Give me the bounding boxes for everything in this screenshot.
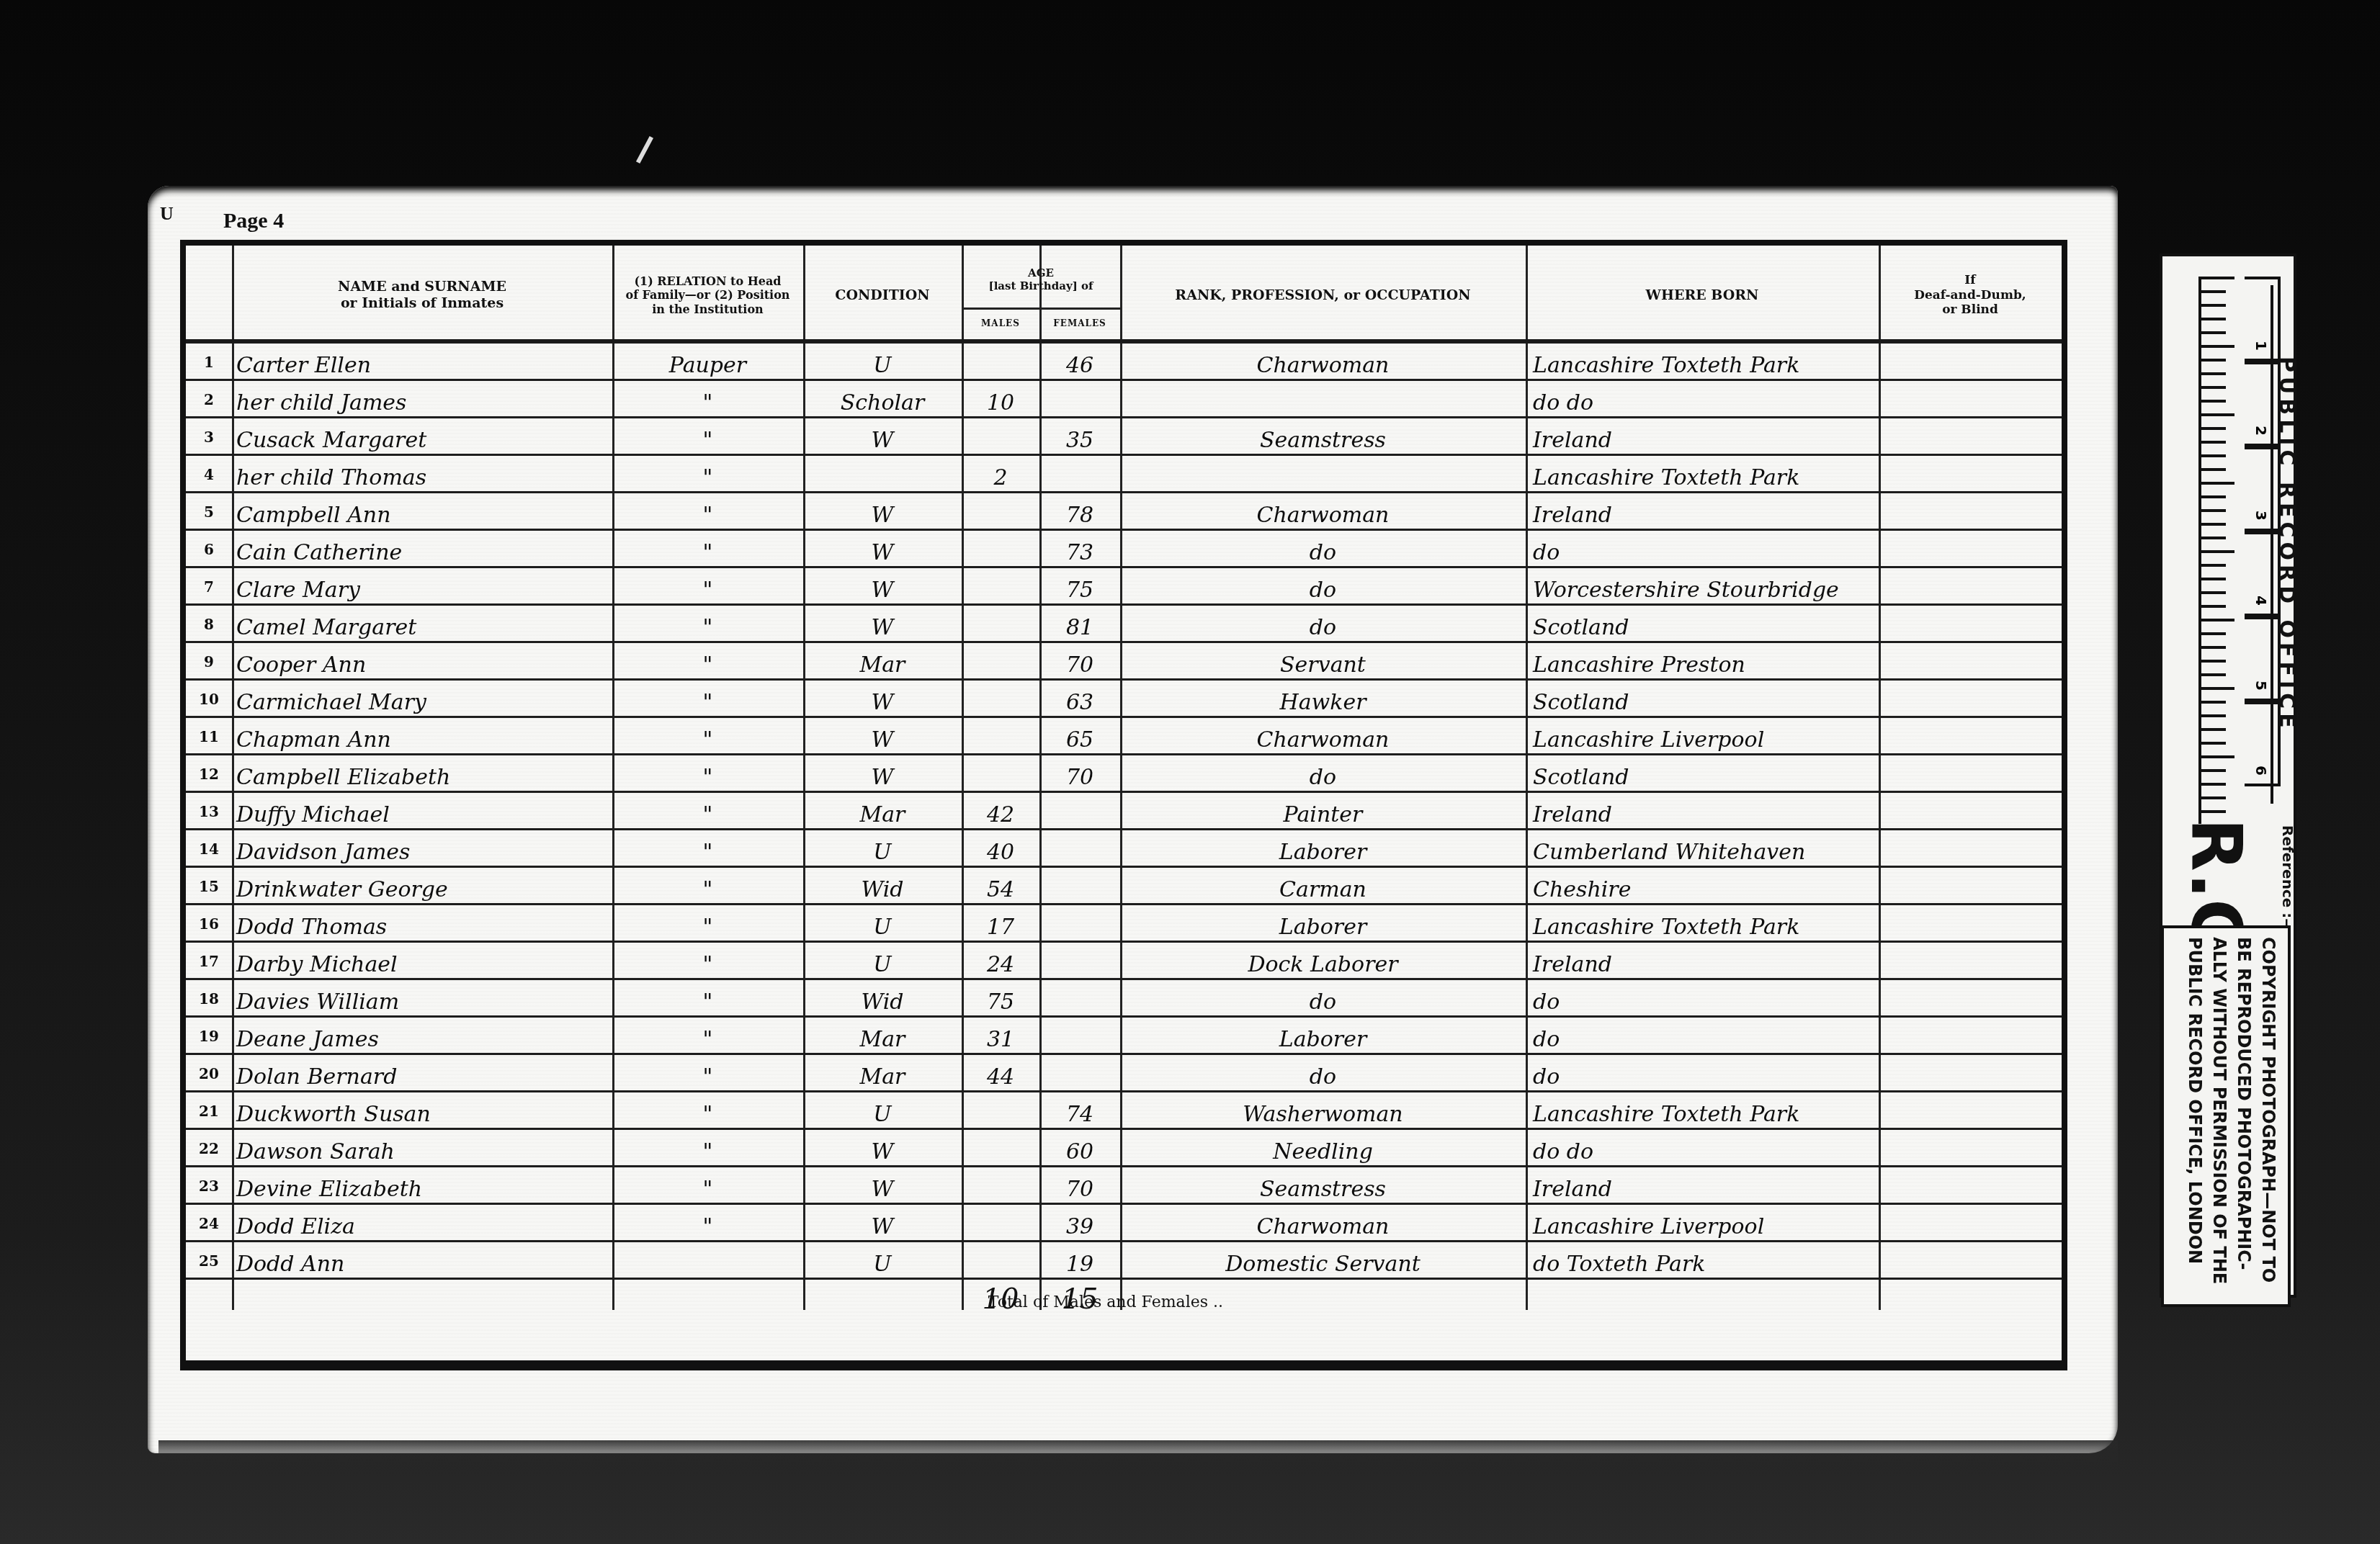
relation-cell: " [612, 1205, 803, 1242]
female-age-cell: 63 [1039, 681, 1120, 718]
female-age-cell: 70 [1039, 1167, 1120, 1205]
birthplace-cell: Lancashire Preston [1526, 643, 1879, 681]
table-row: 3Cusack Margaret"W35SeamstressIreland [186, 418, 2062, 456]
condition-cell: Scholar [803, 381, 962, 418]
row-number: 23 [186, 1167, 232, 1205]
occupation-cell: Laborer [1120, 1018, 1526, 1055]
birthplace-cell: do Toxteth Park [1526, 1242, 1879, 1280]
female-age-cell [1039, 1018, 1120, 1055]
ruler-tick [2201, 550, 2234, 553]
table-row: 21Duckworth Susan"U74WasherwomanLancashi… [186, 1092, 2062, 1130]
relation-cell: " [612, 418, 803, 456]
ruler-tick [2201, 728, 2226, 731]
relation-cell: " [612, 830, 803, 868]
birthplace-cell: Cheshire [1526, 868, 1879, 905]
ruler-tick [2201, 742, 2226, 745]
inmate-name: Dodd Thomas [236, 905, 611, 943]
deaf-blind-cell [1879, 1205, 2062, 1242]
relation-cell: " [612, 1018, 803, 1055]
row-number: 24 [186, 1205, 232, 1242]
ruler-tick [2201, 318, 2226, 320]
table-row: 9Cooper Ann"Mar70ServantLancashire Prest… [186, 643, 2062, 681]
female-age-cell [1039, 793, 1120, 830]
relation-cell: " [612, 793, 803, 830]
table-row: 4her child Thomas"2Lancashire Toxteth Pa… [186, 456, 2062, 493]
deaf-blind-cell [1879, 1092, 2062, 1130]
totals-females: 15 [1039, 1283, 1120, 1316]
header-deaf-line3: or Blind [1942, 302, 1998, 317]
table-row: 15Drinkwater George"Wid54CarmanCheshire [186, 868, 2062, 905]
table-row: 17Darby Michael"U24Dock LaborerIreland [186, 943, 2062, 980]
row-number: 6 [186, 531, 232, 568]
table-row: 12Campbell Elizabeth"W70doScotland [186, 755, 2062, 793]
ruler-tick [2201, 331, 2226, 334]
occupation-cell: Laborer [1120, 830, 1526, 868]
ruler-tick [2201, 345, 2234, 348]
occupation-cell: Seamstress [1120, 418, 1526, 456]
ruler-tick [2201, 413, 2234, 416]
relation-cell: " [612, 755, 803, 793]
female-age-cell: 35 [1039, 418, 1120, 456]
male-age-cell: 24 [962, 943, 1039, 980]
birthplace-cell: Lancashire Toxteth Park [1526, 1092, 1879, 1130]
ruler-tick [2201, 537, 2226, 539]
birthplace-cell: do [1526, 980, 1879, 1018]
birthplace-cell: Scotland [1526, 681, 1879, 718]
occupation-cell: Washerwoman [1120, 1092, 1526, 1130]
inmate-name: Carmichael Mary [236, 681, 611, 718]
relation-cell: " [612, 531, 803, 568]
male-age-cell [962, 568, 1039, 606]
public-record-office-title: PUBLIC RECORD OFFICE [2271, 285, 2299, 804]
ruler-tick [2201, 687, 2234, 690]
totals-males: 10 [962, 1283, 1039, 1316]
table-row: 5Campbell Ann"W78CharwomanIreland [186, 493, 2062, 531]
deaf-blind-cell [1879, 344, 2062, 381]
relation-cell: " [612, 456, 803, 493]
deaf-blind-cell [1879, 905, 2062, 943]
birthplace-cell: do do [1526, 381, 1879, 418]
inmate-name: her child Thomas [236, 456, 611, 493]
deaf-blind-cell [1879, 1018, 2062, 1055]
ruler-tick [2201, 810, 2226, 813]
female-age-cell: 81 [1039, 606, 1120, 643]
condition-cell: W [803, 493, 962, 531]
female-age-cell: 39 [1039, 1205, 1120, 1242]
relation-cell: " [612, 905, 803, 943]
inmate-name: Dolan Bernard [236, 1055, 611, 1092]
ruler-tick [2201, 714, 2226, 717]
header-name-line2: or Initials of Inmates [341, 295, 504, 312]
deaf-blind-cell [1879, 381, 2062, 418]
deaf-blind-cell [1879, 1242, 2062, 1280]
deaf-blind-cell [1879, 1055, 2062, 1092]
condition-cell: Mar [803, 1018, 962, 1055]
birthplace-cell: Lancashire Toxteth Park [1526, 456, 1879, 493]
ruler-tick [2201, 564, 2226, 567]
occupation-cell: Needling [1120, 1130, 1526, 1167]
ruler-tick [2201, 632, 2226, 635]
header-condition: CONDITION [803, 253, 962, 338]
condition-cell [803, 456, 962, 493]
condition-cell: Mar [803, 1055, 962, 1092]
female-age-cell [1039, 980, 1120, 1018]
deaf-blind-cell [1879, 755, 2062, 793]
header-relation-line3: in the Institution [652, 302, 763, 316]
deaf-blind-cell [1879, 943, 2062, 980]
birthplace-cell: Lancashire Toxteth Park [1526, 905, 1879, 943]
header-occupation-text: RANK, PROFESSION, or OCCUPATION [1175, 287, 1470, 304]
ruler-tick [2201, 769, 2226, 772]
ruler-tick [2201, 783, 2226, 786]
ruler-tick [2201, 619, 2234, 621]
occupation-cell: Domestic Servant [1120, 1242, 1526, 1280]
female-age-cell: 74 [1039, 1092, 1120, 1130]
birthplace-cell: Lancashire Liverpool [1526, 1205, 1879, 1242]
row-number: 7 [186, 568, 232, 606]
header-age-line1: AGE [1028, 266, 1054, 279]
inmate-name: Darby Michael [236, 943, 611, 980]
birthplace-cell: Ireland [1526, 1167, 1879, 1205]
condition-cell: U [803, 905, 962, 943]
relation-cell: " [612, 381, 803, 418]
header-where-born-text: WHERE BORN [1646, 287, 1759, 304]
relation-cell: " [612, 868, 803, 905]
inmate-name: Cain Catherine [236, 531, 611, 568]
ruler-tick [2201, 304, 2226, 307]
female-age-cell [1039, 456, 1120, 493]
ruler-tick [2201, 591, 2226, 594]
occupation-cell: Carman [1120, 868, 1526, 905]
female-age-cell: 78 [1039, 493, 1120, 531]
relation-cell: " [612, 980, 803, 1018]
relation-cell: " [612, 943, 803, 980]
male-age-cell [962, 643, 1039, 681]
table-row: 19Deane James"Mar31Laborerdo [186, 1018, 2062, 1055]
occupation-cell: Dock Laborer [1120, 943, 1526, 980]
table-row: 6Cain Catherine"W73dodo [186, 531, 2062, 568]
inmate-name: her child James [236, 381, 611, 418]
ruler-mark-label: 3 [2252, 511, 2270, 521]
census-table: NAME and SURNAME or Initials of Inmates … [180, 240, 2067, 1370]
ruler-tick [2201, 468, 2226, 471]
ruler-tick [2201, 605, 2226, 608]
male-age-cell [962, 1205, 1039, 1242]
row-number: 1 [186, 344, 232, 381]
female-age-cell [1039, 943, 1120, 980]
male-age-cell [962, 344, 1039, 381]
ruler-tick [2201, 441, 2226, 444]
male-age-cell: 75 [962, 980, 1039, 1018]
male-age-cell: 31 [962, 1018, 1039, 1055]
ruler-tick [2201, 290, 2226, 293]
deaf-blind-cell [1879, 1167, 2062, 1205]
birthplace-cell: Ireland [1526, 793, 1879, 830]
occupation-cell [1120, 456, 1526, 493]
header-age-males: MALES [962, 309, 1039, 338]
row-number: 25 [186, 1242, 232, 1280]
condition-cell: W [803, 606, 962, 643]
header-condition-text: CONDITION [835, 287, 929, 304]
deaf-blind-cell [1879, 830, 2062, 868]
deaf-blind-cell [1879, 418, 2062, 456]
relation-cell: " [612, 1167, 803, 1205]
female-age-cell [1039, 905, 1120, 943]
condition-cell: U [803, 830, 962, 868]
male-age-cell [962, 718, 1039, 755]
row-number: 11 [186, 718, 232, 755]
female-age-cell: 70 [1039, 643, 1120, 681]
row-number: 20 [186, 1055, 232, 1092]
condition-cell: Mar [803, 793, 962, 830]
birthplace-cell: Scotland [1526, 755, 1879, 793]
male-age-cell [962, 418, 1039, 456]
inmate-name: Chapman Ann [236, 718, 611, 755]
male-age-cell [962, 606, 1039, 643]
occupation-cell [1120, 381, 1526, 418]
birthplace-cell: do [1526, 1018, 1879, 1055]
male-age-cell [962, 1167, 1039, 1205]
row-number: 12 [186, 755, 232, 793]
male-age-cell [962, 493, 1039, 531]
relation-cell: " [612, 493, 803, 531]
condition-cell: W [803, 681, 962, 718]
ruler-tick [2201, 578, 2226, 580]
table-row: 11Chapman Ann"W65CharwomanLancashire Liv… [186, 718, 2062, 755]
ruler-tick [2201, 673, 2226, 676]
row-number: 22 [186, 1130, 232, 1167]
table-row: 22Dawson Sarah"W60Needlingdo do [186, 1130, 2062, 1167]
condition-cell: Wid [803, 868, 962, 905]
female-age-cell [1039, 381, 1120, 418]
table-row: 1Carter EllenPauperU46CharwomanLancashir… [186, 344, 2062, 381]
ruler-tick [2201, 386, 2226, 389]
table-row: 13Duffy Michael"Mar42PainterIreland [186, 793, 2062, 830]
occupation-cell: Seamstress [1120, 1167, 1526, 1205]
occupation-cell: do [1120, 606, 1526, 643]
copyright-text: COPYRIGHT PHOTOGRAPH—NOT TO BE REPRODUCE… [2173, 937, 2281, 1297]
header-occupation: RANK, PROFESSION, or OCCUPATION [1120, 253, 1526, 338]
ruler-tick [2201, 495, 2226, 498]
deaf-blind-cell [1879, 568, 2062, 606]
birthplace-cell: Lancashire Toxteth Park [1526, 344, 1879, 381]
inmate-name: Carter Ellen [236, 344, 611, 381]
inmate-name: Devine Elizabeth [236, 1167, 611, 1205]
ruler-tick [2201, 372, 2226, 375]
condition-cell: W [803, 718, 962, 755]
male-age-cell [962, 681, 1039, 718]
inmate-name: Cusack Margaret [236, 418, 611, 456]
table-row: 25Dodd AnnU19Domestic Servantdo Toxteth … [186, 1242, 2062, 1280]
deaf-blind-cell [1879, 793, 2062, 830]
occupation-cell: do [1120, 980, 1526, 1018]
ruler-mark-label: 5 [2252, 681, 2270, 691]
header-relation: (1) RELATION to Head of Family—or (2) Po… [612, 253, 803, 338]
birthplace-cell: Ireland [1526, 493, 1879, 531]
relation-cell: " [612, 606, 803, 643]
female-age-cell [1039, 868, 1120, 905]
deaf-blind-cell [1879, 1130, 2062, 1167]
header-age: AGE [last Birthday] of [962, 253, 1120, 306]
reference-label: Reference :— [2271, 825, 2296, 933]
male-age-cell [962, 755, 1039, 793]
birthplace-cell: do do [1526, 1130, 1879, 1167]
ruler-tick [2201, 755, 2234, 758]
female-age-cell: 75 [1039, 568, 1120, 606]
occupation-cell: do [1120, 1055, 1526, 1092]
deaf-blind-cell [1879, 681, 2062, 718]
table-row: 24Dodd Eliza"W39CharwomanLancashire Live… [186, 1205, 2062, 1242]
female-age-cell: 19 [1039, 1242, 1120, 1280]
row-number: 4 [186, 456, 232, 493]
row-number: 2 [186, 381, 232, 418]
page-shadow [158, 1440, 2118, 1469]
relation-cell: " [612, 681, 803, 718]
ruler-tick [2201, 509, 2226, 512]
ruler-tick [2201, 660, 2226, 663]
ruler-mark-label: 6 [2252, 766, 2270, 776]
ruler-tick [2201, 796, 2226, 799]
header-deaf-line2: Deaf-and-Dumb, [1914, 288, 2026, 302]
inmate-name: Duffy Michael [236, 793, 611, 830]
female-age-cell: 73 [1039, 531, 1120, 568]
condition-cell: U [803, 943, 962, 980]
birthplace-cell: do [1526, 531, 1879, 568]
inmate-name: Campbell Elizabeth [236, 755, 611, 793]
header-age-line2: [last Birthday] of [989, 279, 1093, 292]
table-row: 7Clare Mary"W75doWorcestershire Stourbri… [186, 568, 2062, 606]
female-age-cell: 65 [1039, 718, 1120, 755]
copyright-notice: COPYRIGHT PHOTOGRAPH—NOT TO BE REPRODUCE… [2161, 925, 2291, 1307]
inmate-name: Campbell Ann [236, 493, 611, 531]
birthplace-cell: Worcestershire Stourbridge [1526, 568, 1879, 606]
ruler-mark-label: 2 [2252, 426, 2270, 436]
birthplace-cell: Scotland [1526, 606, 1879, 643]
relation-cell [612, 1242, 803, 1280]
row-number: 9 [186, 643, 232, 681]
table-row: 16Dodd Thomas"U17LaborerLancashire Toxte… [186, 905, 2062, 943]
inmate-name: Duckworth Susan [236, 1092, 611, 1130]
female-age-cell [1039, 1055, 1120, 1092]
deaf-blind-cell [1879, 456, 2062, 493]
table-row: 2her child James"Scholar10do do [186, 381, 2062, 418]
row-number: 18 [186, 980, 232, 1018]
header-name-line1: NAME and SURNAME [338, 279, 506, 295]
condition-cell: Mar [803, 643, 962, 681]
male-age-cell [962, 1130, 1039, 1167]
condition-cell: Wid [803, 980, 962, 1018]
row-number: 17 [186, 943, 232, 980]
relation-cell: " [612, 1055, 803, 1092]
male-age-cell: 40 [962, 830, 1039, 868]
row-number: 13 [186, 793, 232, 830]
ruler-tick [2201, 427, 2226, 430]
ruler-tick [2201, 400, 2226, 403]
table-row: 18Davies William"Wid75dodo [186, 980, 2062, 1018]
row-number: 3 [186, 418, 232, 456]
corner-mark: U [160, 203, 174, 225]
ruler-tick [2201, 646, 2226, 649]
deaf-blind-cell [1879, 718, 2062, 755]
table-row: 20Dolan Bernard"Mar44dodo [186, 1055, 2062, 1092]
inmate-name: Davidson James [236, 830, 611, 868]
occupation-cell: Servant [1120, 643, 1526, 681]
ruler-tick [2201, 277, 2234, 279]
deaf-blind-cell [1879, 531, 2062, 568]
female-age-cell [1039, 830, 1120, 868]
inmate-name: Davies William [236, 980, 611, 1018]
occupation-cell: do [1120, 531, 1526, 568]
ruler-tick [2201, 454, 2226, 457]
male-age-cell [962, 1092, 1039, 1130]
male-age-cell: 10 [962, 381, 1039, 418]
deaf-blind-cell [1879, 606, 2062, 643]
header-deaf-blind: If Deaf-and-Dumb, or Blind [1879, 253, 2062, 338]
table-row: 23Devine Elizabeth"W70SeamstressIreland [186, 1167, 2062, 1205]
birthplace-cell: do [1526, 1055, 1879, 1092]
row-number: 15 [186, 868, 232, 905]
birthplace-cell: Ireland [1526, 418, 1879, 456]
row-number: 16 [186, 905, 232, 943]
condition-cell: W [803, 531, 962, 568]
inmate-name: Dodd Eliza [236, 1205, 611, 1242]
inmate-name: Deane James [236, 1018, 611, 1055]
table-row: 8Camel Margaret"W81doScotland [186, 606, 2062, 643]
birthplace-cell: Ireland [1526, 943, 1879, 980]
inmate-name: Dawson Sarah [236, 1130, 611, 1167]
inmate-name: Cooper Ann [236, 643, 611, 681]
deaf-blind-cell [1879, 980, 2062, 1018]
relation-cell: " [612, 1092, 803, 1130]
inmate-name: Drinkwater George [236, 868, 611, 905]
ruler-tick [2201, 523, 2226, 526]
header-where-born: WHERE BORN [1526, 253, 1879, 338]
occupation-cell: Charwoman [1120, 344, 1526, 381]
ruler-mark-label: 1 [2252, 341, 2270, 351]
page-number: Page 4 [223, 209, 284, 233]
occupation-cell: do [1120, 755, 1526, 793]
relation-cell: Pauper [612, 344, 803, 381]
row-number: 19 [186, 1018, 232, 1055]
ruler-tick [2201, 482, 2234, 485]
header-relation-line1: (1) RELATION to Head [634, 274, 781, 288]
condition-cell: W [803, 1167, 962, 1205]
row-number: 10 [186, 681, 232, 718]
relation-cell: " [612, 568, 803, 606]
occupation-cell: Charwoman [1120, 1205, 1526, 1242]
inmate-name: Dodd Ann [236, 1242, 611, 1280]
male-age-cell: 17 [962, 905, 1039, 943]
header-name: NAME and SURNAME or Initials of Inmates [232, 253, 612, 338]
ruler-mark-label: 4 [2252, 596, 2270, 606]
male-age-cell: 44 [962, 1055, 1039, 1092]
inmate-name: Clare Mary [236, 568, 611, 606]
occupation-cell: Laborer [1120, 905, 1526, 943]
condition-cell: U [803, 1092, 962, 1130]
deaf-blind-cell [1879, 493, 2062, 531]
condition-cell: U [803, 1242, 962, 1280]
birthplace-cell: Cumberland Whitehaven [1526, 830, 1879, 868]
female-age-cell: 60 [1039, 1130, 1120, 1167]
relation-cell: " [612, 718, 803, 755]
condition-cell: W [803, 1130, 962, 1167]
male-age-cell: 42 [962, 793, 1039, 830]
header-deaf-line1: If [1964, 273, 1975, 287]
deaf-blind-cell [1879, 643, 2062, 681]
header-relation-line2: of Family—or (2) Position [625, 288, 789, 302]
occupation-cell: Charwoman [1120, 718, 1526, 755]
male-age-cell [962, 531, 1039, 568]
